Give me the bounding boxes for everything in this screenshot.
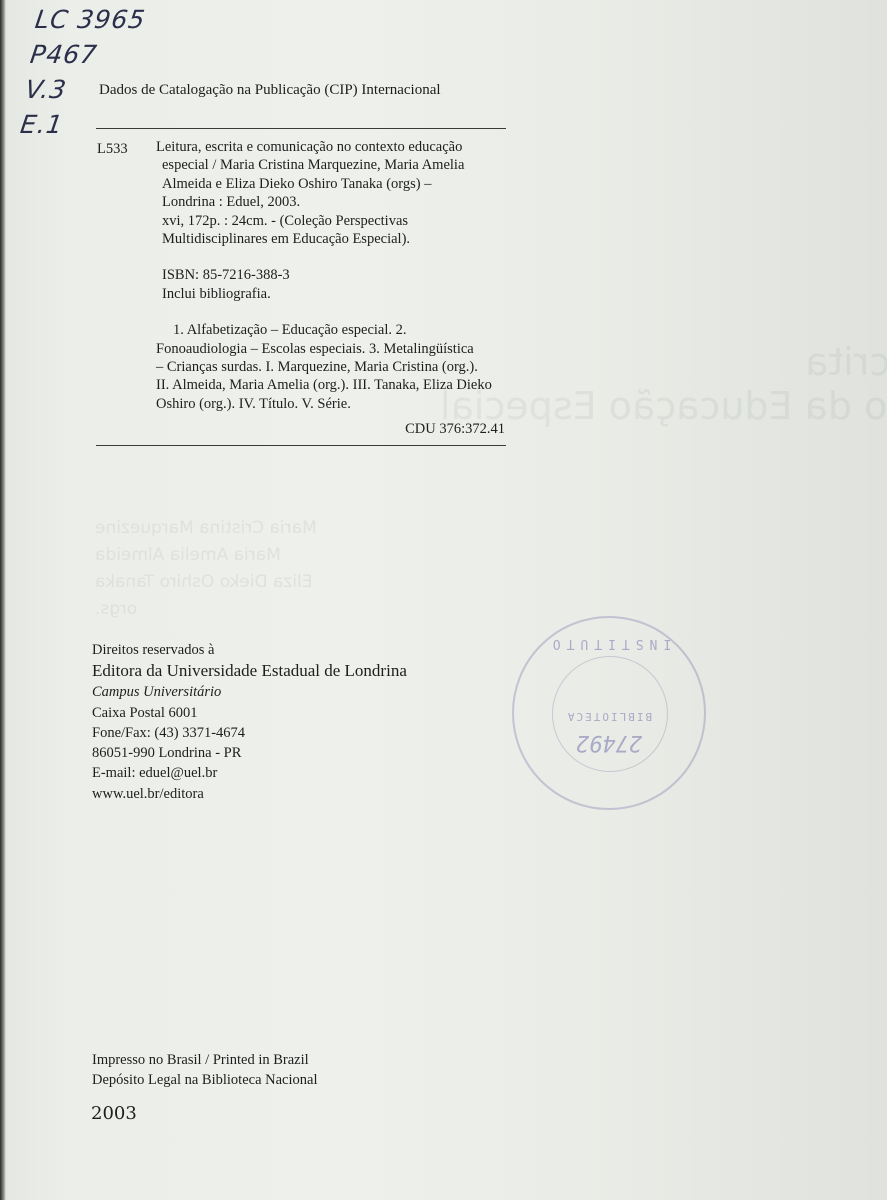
print-info: Impresso no Brasil / Printed in Brazil D… bbox=[92, 1050, 317, 1090]
stamp-number: 27492 bbox=[514, 730, 704, 755]
handwritten-line: P467 bbox=[28, 37, 143, 72]
rights-statement: Direitos reservados à bbox=[92, 640, 407, 660]
page-binding-edge bbox=[0, 0, 6, 1200]
printed-in-statement: Impresso no Brasil / Printed in Brazil bbox=[92, 1050, 317, 1070]
stamp-label: BIBLIOTECA bbox=[514, 710, 704, 723]
subject-line: – Crianças surdas. I. Marquezine, Maria … bbox=[156, 358, 507, 376]
show-through-line: Eliza Dieko Oshiro Tanaka bbox=[95, 569, 335, 596]
publisher-postal: 86051-990 Londrina - PR bbox=[92, 743, 407, 763]
publisher-info: Direitos reservados à Editora da Univers… bbox=[92, 640, 407, 804]
call-number: L533 bbox=[97, 140, 128, 158]
handwritten-line: LC 3965 bbox=[33, 2, 148, 37]
cip-title-line: Leitura, escrita e comunicação no contex… bbox=[156, 139, 462, 155]
handwritten-line: E.1 bbox=[18, 107, 133, 142]
publisher-name: Editora da Universidade Estadual de Lond… bbox=[92, 660, 407, 682]
show-through-line: Leitura, escrita bbox=[440, 340, 887, 384]
cip-body: Leitura, escrita e comunicação no contex… bbox=[156, 138, 507, 413]
publisher-campus: Campus Universitário bbox=[92, 682, 407, 702]
publication-year: 2003 bbox=[91, 1103, 137, 1124]
show-through-authors: Maria Cristina Marquezine Maria Amelia A… bbox=[95, 515, 335, 623]
publisher-email: E-mail: eduel@uel.br bbox=[92, 763, 407, 783]
cip-title-statement: Leitura, escrita e comunicação no contex… bbox=[156, 138, 507, 248]
publisher-po-box: Caixa Postal 6001 bbox=[92, 703, 407, 723]
cip-bottom-rule bbox=[96, 445, 506, 446]
cip-top-rule bbox=[96, 128, 506, 129]
cip-title-line: xvi, 172p. : 24cm. - (Coleção Perspectiv… bbox=[156, 212, 507, 230]
cip-title-line: Londrina : Eduel, 2003. bbox=[156, 193, 507, 211]
publisher-website: www.uel.br/editora bbox=[92, 784, 407, 804]
isbn: ISBN: 85-7216-388-3 bbox=[156, 266, 507, 284]
cip-header: Dados de Catalogação na Publicação (CIP)… bbox=[99, 82, 441, 99]
cip-subjects: 1. Alfabetização – Educação especial. 2.… bbox=[156, 321, 507, 413]
show-through-line: Maria Amelia Almeida bbox=[95, 542, 335, 569]
subject-line: II. Almeida, Maria Amelia (org.). III. T… bbox=[156, 376, 507, 394]
bibliography-note: Inclui bibliografia. bbox=[156, 285, 507, 303]
legal-deposit-statement: Depósito Legal na Biblioteca Nacional bbox=[92, 1070, 317, 1090]
handwritten-call-number: LC 3965 P467 V.3 E.1 bbox=[18, 2, 148, 142]
cip-title-line: especial / Maria Cristina Marquezine, Ma… bbox=[156, 156, 507, 174]
cip-title-line: Multidisciplinares em Educação Especial)… bbox=[156, 230, 507, 248]
subject-line: Fonoaudiologia – Escolas especiais. 3. M… bbox=[156, 340, 507, 358]
cdu-classification: CDU 376:372.41 bbox=[97, 420, 505, 438]
show-through-line: no contexto da Educação Especial bbox=[440, 384, 887, 428]
cip-title-line: Almeida e Eliza Dieko Oshiro Tanaka (org… bbox=[156, 175, 507, 193]
subject-line: 1. Alfabetização – Educação especial. 2. bbox=[156, 321, 507, 339]
cip-record: L533 Leitura, escrita e comunicação no c… bbox=[97, 138, 507, 413]
publisher-phone: Fone/Fax: (43) 3371-4674 bbox=[92, 723, 407, 743]
show-through-title: Leitura, escrita no contexto da Educação… bbox=[440, 340, 887, 428]
library-stamp: INSTITUTO BIBLIOTECA 27492 bbox=[512, 616, 706, 810]
show-through-line: orgs. bbox=[95, 596, 335, 623]
show-through-line: Maria Cristina Marquezine bbox=[95, 515, 335, 542]
stamp-ring-text: INSTITUTO bbox=[514, 636, 704, 651]
subject-line: Oshiro (org.). IV. Título. V. Série. bbox=[156, 395, 507, 413]
